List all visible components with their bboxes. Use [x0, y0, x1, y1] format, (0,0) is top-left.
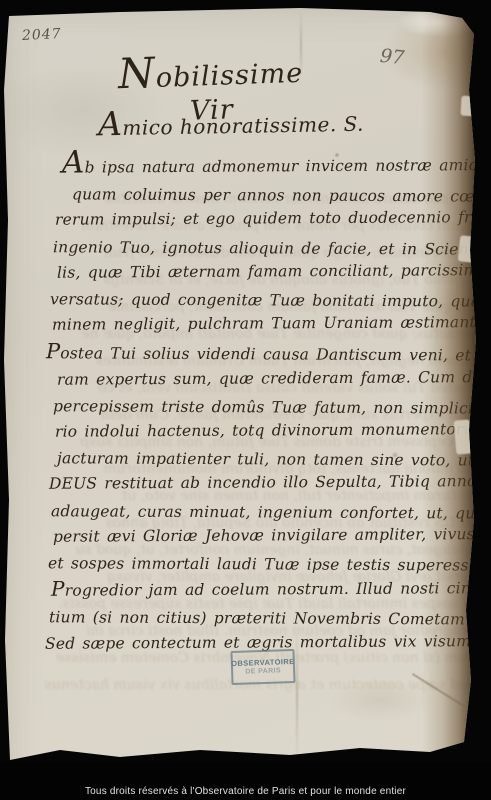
copyright-text: Tous droits réservés à l'Observatoire de… [0, 786, 491, 797]
page-number-top-left: 2047 [22, 26, 62, 44]
stamp-line-1: OBSERVATOIRE [231, 658, 295, 668]
letter-body: Ab ipsa natura admonemur invicem nostræ … [6, 150, 484, 657]
body-line: persit ævi Gloriæ Jehovæ invigilare ampl… [6, 521, 484, 550]
body-line: DEUS restituat ab incendio illo Sepulta,… [6, 469, 484, 498]
body-line: Progredior jam ad coelum nostrum. Illud … [6, 573, 484, 604]
observatoire-stamp: OBSERVATOIRE DE PARIS [230, 649, 295, 685]
page-number-top-right: 97 [379, 45, 405, 69]
repair-tape-patch [458, 235, 477, 263]
fold-crease [296, 630, 298, 760]
body-line: ram expertus sum, quæ credideram famæ. C… [6, 364, 484, 393]
body-line: minem negligit, pulchram Tuam Uraniam æs… [6, 309, 484, 338]
paper-sheet: Ab ipsa natura admonemur invicem nostræ … [0, 0, 491, 800]
repair-tape-patch [460, 96, 477, 117]
body-line: rio indolui hactenus, totq divinorum mon… [6, 416, 484, 445]
body-line: lis, quæ Tibi æternam famam conciliant, … [6, 257, 484, 286]
manuscript-scan: Ab ipsa natura admonemur invicem nostræ … [0, 0, 491, 800]
fold-crease [300, 10, 302, 80]
body-line: rerum impulsi; et ego quidem toto duodec… [6, 204, 484, 233]
paper-curl-edge [422, 0, 480, 770]
stamp-line-2: DE PARIS [245, 667, 281, 675]
letter-salutation: Amico honoratissime. S. [98, 100, 364, 144]
body-line: Ab ipsa natura admonemur invicem nostræ … [6, 147, 484, 181]
repair-tape-patch [454, 419, 473, 454]
